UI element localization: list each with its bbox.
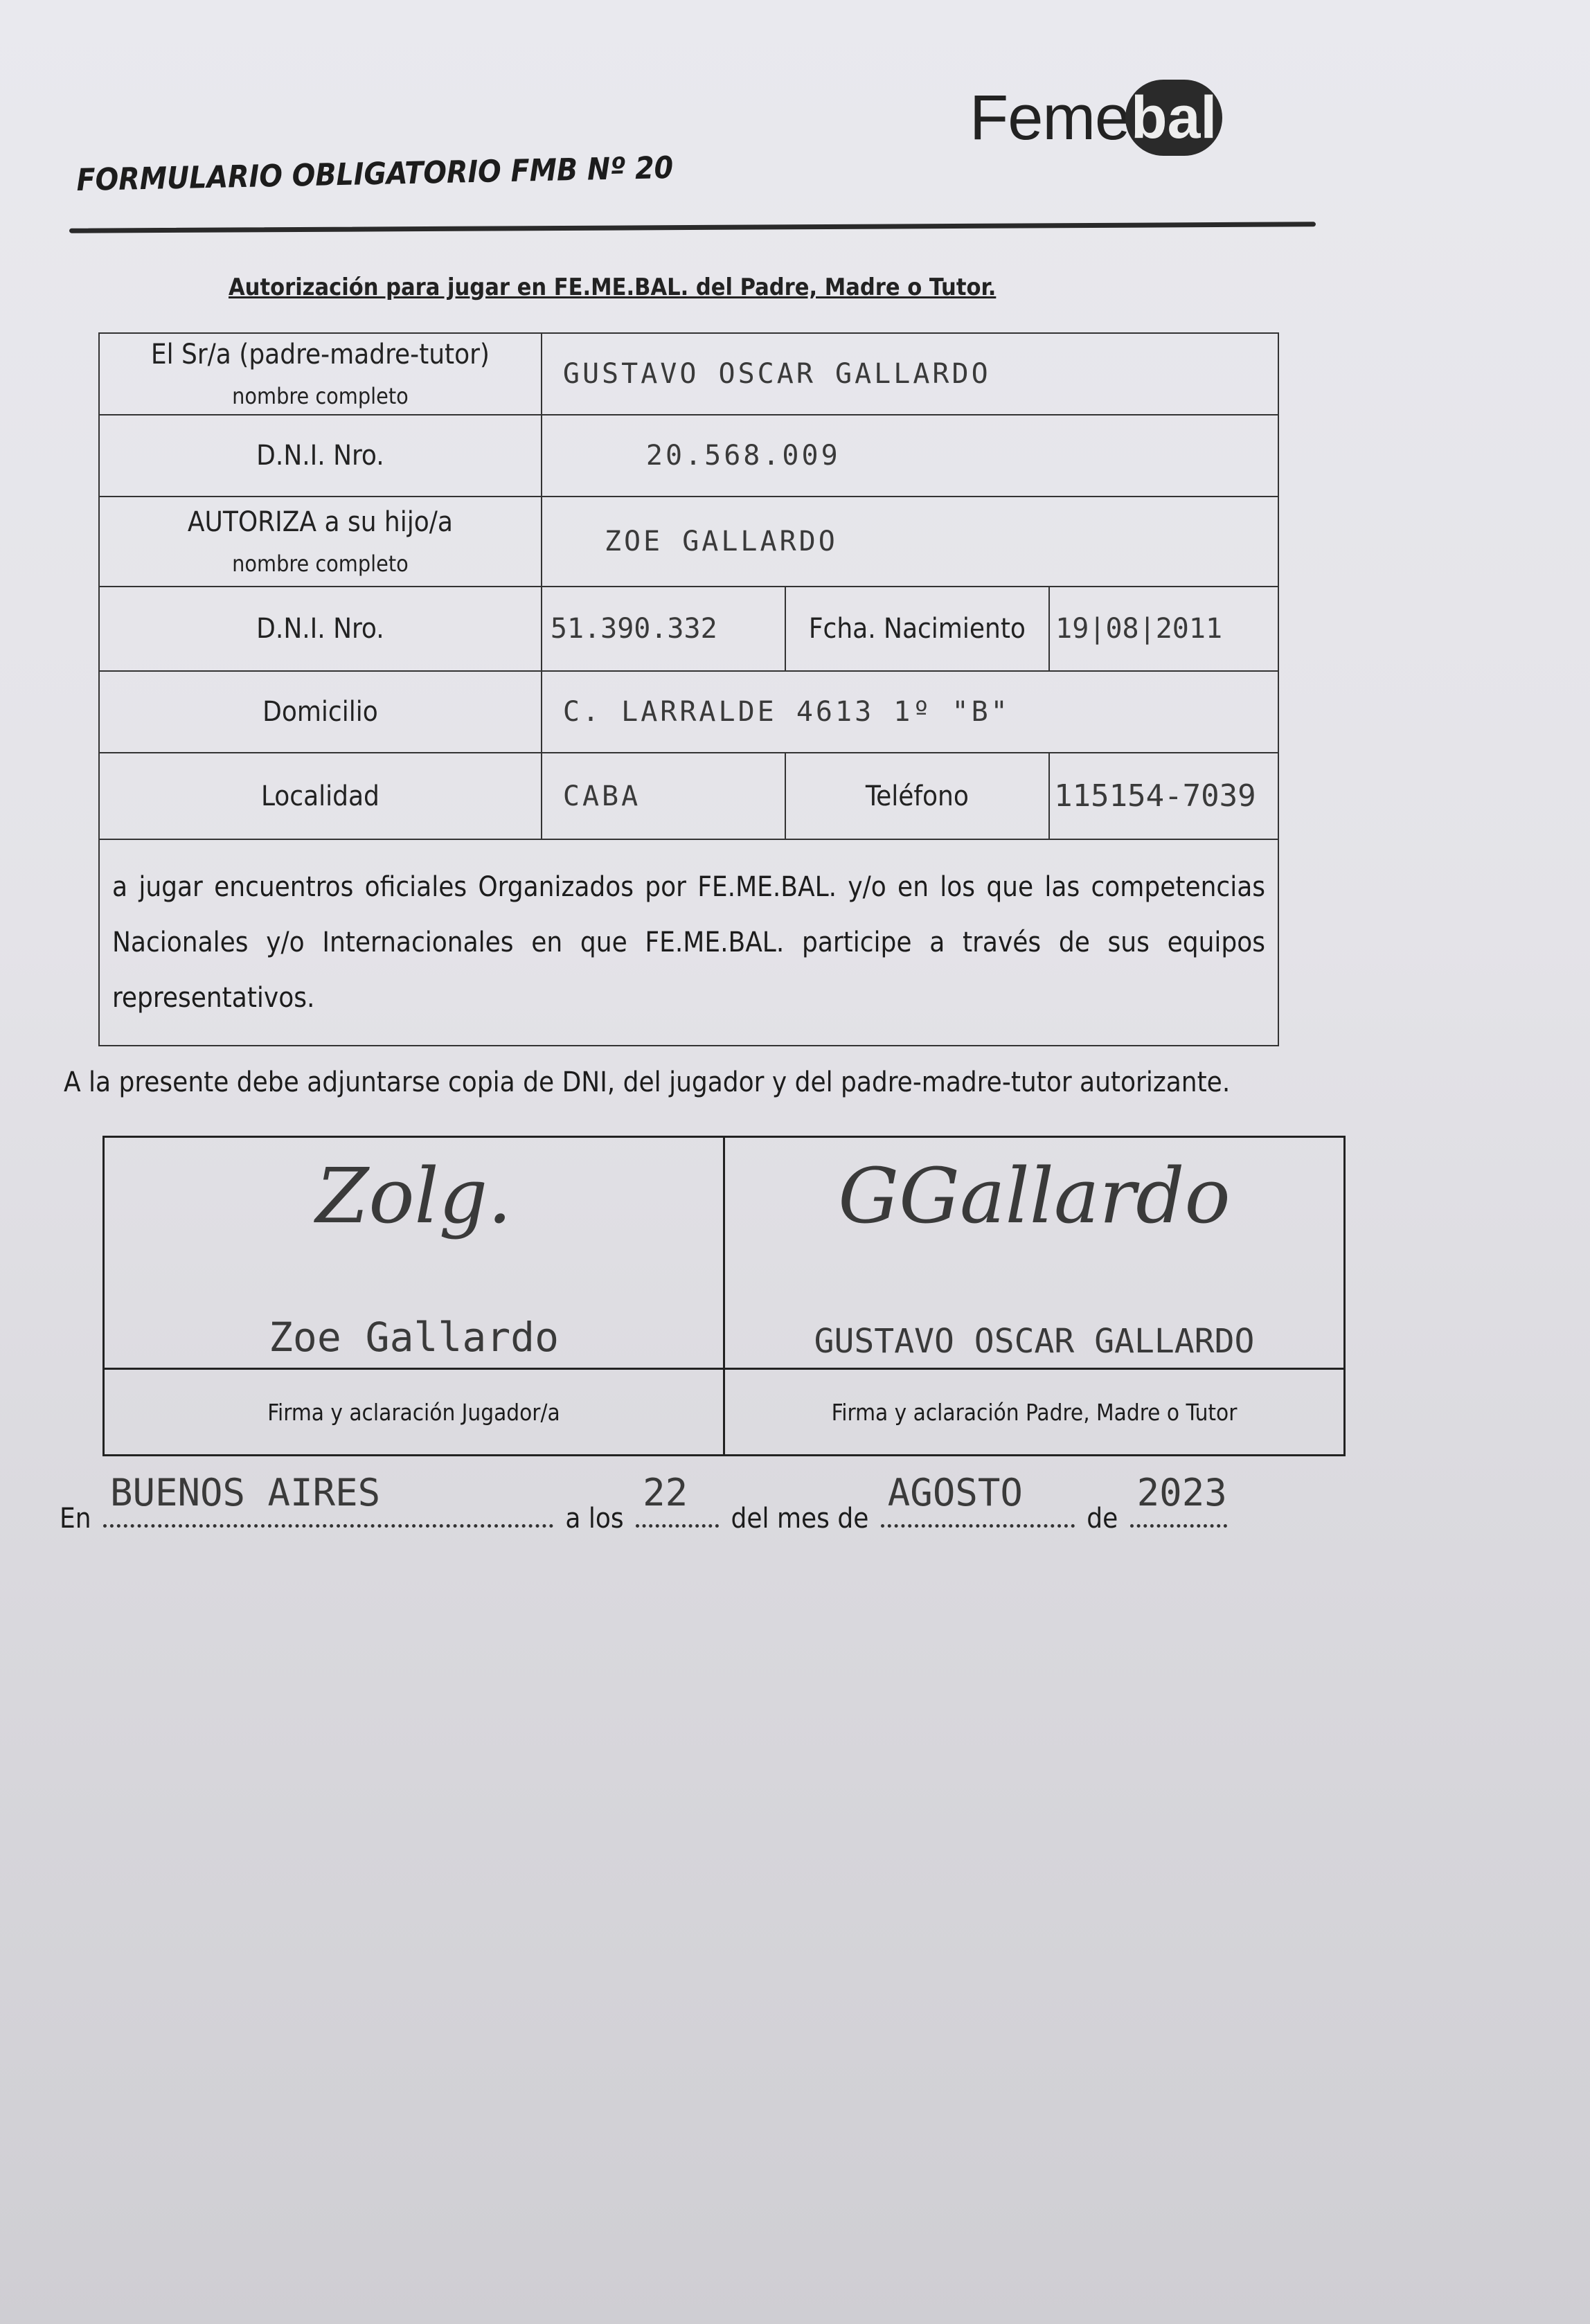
child-name-field[interactable]: ZOE GALLARDO: [542, 497, 1278, 587]
child-sublabel: nombre completo: [100, 551, 540, 577]
child-dni-field[interactable]: 51.390.332: [542, 587, 785, 671]
guardian-printed-name: GUSTAVO OSCAR GALLARDO: [725, 1322, 1343, 1361]
authorization-text-row: a jugar encuentros oficiales Organizados…: [99, 839, 1278, 1046]
signature-table: Zolg. Zoe Gallardo GGallardo GUSTAVO OSC…: [102, 1136, 1346, 1456]
phone-label: Teléfono: [785, 753, 1050, 839]
guardian-signature: GGallardo: [725, 1152, 1343, 1240]
player-signature-label: Firma y aclaración Jugador/a: [104, 1369, 724, 1456]
birth-day: 19: [1055, 613, 1089, 645]
authorization-table: El Sr/a (padre-madre-tutor) nombre compl…: [98, 332, 1279, 1046]
child-row: AUTORIZA a su hijo/a nombre completo ZOE…: [99, 497, 1278, 587]
del-mes-de-label: del mes de: [731, 1503, 869, 1535]
guardian-signature-label: Firma y aclaración Padre, Madre o Tutor: [724, 1369, 1345, 1456]
form-title: FORMULARIO OBLIGATORIO FMB Nº 20: [76, 150, 674, 198]
phone-field[interactable]: 115154-7039: [1049, 753, 1278, 839]
address-row: Domicilio C. LARRALDE 4613 1º "B": [99, 671, 1278, 753]
authorization-text: a jugar encuentros oficiales Organizados…: [99, 839, 1278, 1046]
logo-text: Feme: [970, 82, 1129, 154]
header-divider: [69, 222, 1316, 233]
parent-dni-field[interactable]: 20.568.009: [542, 415, 1278, 497]
locality-label: Localidad: [99, 753, 542, 839]
parent-sublabel: nombre completo: [100, 383, 540, 409]
logo-ball-icon: bal: [1125, 80, 1222, 156]
locality-field[interactable]: CABA: [542, 753, 785, 839]
femebal-logo: Feme bal: [970, 80, 1222, 156]
year-field[interactable]: 2023: [1130, 1510, 1227, 1528]
birth-date-label: Fcha. Nacimiento: [785, 587, 1050, 671]
attachment-note: A la presente debe adjuntarse copia de D…: [64, 1066, 1230, 1098]
address-label: Domicilio: [99, 671, 542, 753]
child-dni-label: D.N.I. Nro.: [99, 587, 542, 671]
parent-row: El Sr/a (padre-madre-tutor) nombre compl…: [99, 333, 1278, 415]
player-signature-box[interactable]: Zolg. Zoe Gallardo: [104, 1137, 724, 1369]
form-subtitle: Autorización para jugar en FE.ME.BAL. de…: [229, 274, 996, 301]
child-label: AUTORIZA a su hijo/a nombre completo: [99, 497, 542, 587]
guardian-signature-box[interactable]: GGallardo GUSTAVO OSCAR GALLARDO: [724, 1137, 1345, 1369]
player-signature: Zolg.: [105, 1152, 723, 1240]
de-label: de: [1087, 1503, 1118, 1535]
birth-date-field[interactable]: 19|08|2011: [1049, 587, 1278, 671]
date-place-line: En BUENOS AIRES a los 22 del mes de AGOS…: [60, 1503, 1231, 1535]
month-field[interactable]: AGOSTO: [881, 1510, 1075, 1528]
parent-label: El Sr/a (padre-madre-tutor) nombre compl…: [99, 333, 542, 415]
birth-month: 08: [1105, 613, 1138, 645]
parent-name-field[interactable]: GUSTAVO OSCAR GALLARDO: [542, 333, 1278, 415]
address-field[interactable]: C. LARRALDE 4613 1º "B": [542, 671, 1278, 753]
date-prefix: En: [60, 1503, 91, 1535]
locality-row: Localidad CABA Teléfono 115154-7039: [99, 753, 1278, 839]
parent-dni-row: D.N.I. Nro. 20.568.009: [99, 415, 1278, 497]
parent-dni-label: D.N.I. Nro.: [99, 415, 542, 497]
birth-year: 2011: [1156, 613, 1222, 645]
child-dni-row: D.N.I. Nro. 51.390.332 Fcha. Nacimiento …: [99, 587, 1278, 671]
place-field[interactable]: BUENOS AIRES: [103, 1510, 553, 1528]
a-los-label: a los: [565, 1503, 623, 1535]
player-printed-name: Zoe Gallardo: [105, 1314, 723, 1361]
day-field[interactable]: 22: [636, 1510, 719, 1528]
